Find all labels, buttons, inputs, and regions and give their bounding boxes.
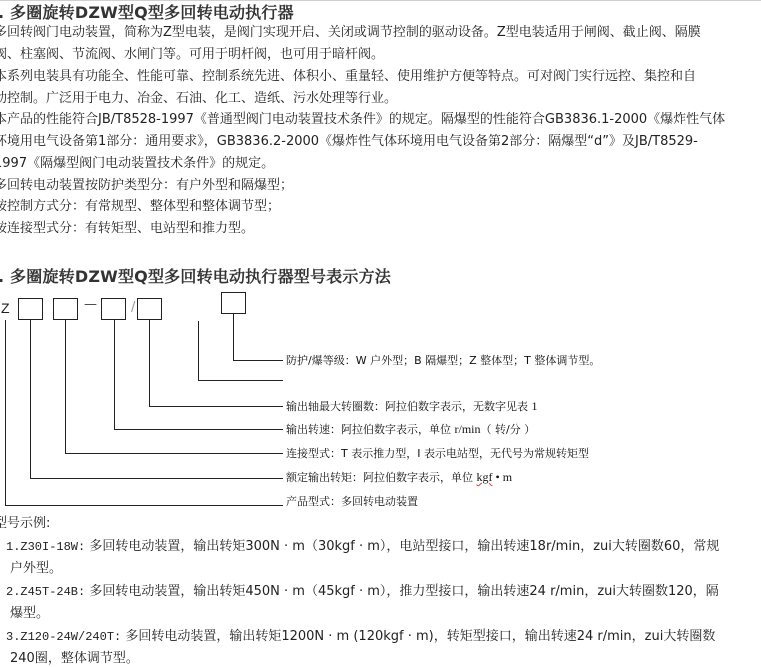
connector-line <box>233 314 234 360</box>
example-2-line-2: 爆型。 <box>10 602 49 621</box>
speed-box <box>101 298 126 320</box>
dash-separator: — <box>84 297 97 312</box>
connector-line <box>30 320 31 479</box>
example-description: 多回转电动装置，输出转矩450N · m（45kgf · m），推力型接口，输出… <box>85 584 719 599</box>
connector-line <box>233 360 283 361</box>
example-1-line-1: 1.Z30I-18W: 多回转电动装置，输出转矩300N · m（30kgf ·… <box>6 535 719 554</box>
max-turns-text: 输出轴最大转圈数：阿拉伯数字表示，无数字见表 <box>286 400 532 413</box>
example-description: 多回转电动装置，输出转矩300N · m（30kgf · m），电站型接口，输出… <box>85 539 719 554</box>
max-turns-label: 输出轴最大转圈数：阿拉伯数字表示，无数字见表 1 <box>286 398 538 414</box>
example-code: 1.Z30I-18W: <box>6 540 85 554</box>
connector-line <box>5 505 283 506</box>
paragraph-line: 本产品的性能符合JB/T8528-1997《普通型阀门电动装置技术条件》的规定。… <box>0 112 725 128</box>
connector-line <box>65 320 66 454</box>
speed-unit: r/min <box>455 422 481 436</box>
torque-box <box>18 298 43 320</box>
paragraph-line: 按连接型式分：有转矩型、电站型和推力型。 <box>0 221 254 237</box>
example-1-line-2: 户外型。 <box>10 557 62 576</box>
product-label: 产品型式：多回转电动装置 <box>286 493 418 509</box>
paragraph-line: 按控制方式分：有常规型、整体型和整体调节型； <box>0 199 280 215</box>
protection-label: 防护/爆等级：W 户外型；B 隔爆型；Z 整体型；T 整体调节型。 <box>286 352 600 368</box>
torque-label: 额定输出转矩：阿拉伯数字表示，单位 kgf • m <box>286 469 512 485</box>
torque-text: 额定输出转矩：阿拉伯数字表示，单位 <box>286 471 477 484</box>
example-2-line-1: 2.Z45T-24B: 多回转电动装置，输出转矩450N · m（45kgf ·… <box>6 580 719 599</box>
example-3-line-1: 3.Z120-24W/240T: 多回转电动装置，输出转矩1200N · m (… <box>6 625 715 644</box>
connector-line <box>5 320 6 506</box>
prefix-letter: Z <box>1 300 10 316</box>
torque-unit: kgf <box>477 470 493 484</box>
connector-line <box>114 429 283 430</box>
connector-line <box>149 406 283 407</box>
example-3-line-2: 240圈，整体调节型。 <box>10 647 139 666</box>
connection-box <box>53 298 78 320</box>
speed-unit-cn: （ 转/分 ） <box>481 423 536 436</box>
example-code: 2.Z45T-24B: <box>6 585 85 599</box>
max-turns-box <box>137 298 162 320</box>
example-description: 多回转电动装置，输出转矩1200N · m (120kgf · m)，转矩型接口… <box>121 629 715 644</box>
connector-line <box>65 453 283 454</box>
connector-line <box>114 320 115 430</box>
paragraph-line: 阀、柱塞阀、节流阀、水闸门等。可用于明杆阀，也可用于暗杆阀。 <box>0 47 384 63</box>
paragraph-line: 动控制。广泛用于电力、冶金、石油、化工、造纸、污水处理等行业。 <box>0 91 397 107</box>
torque-unit-suffix: • m <box>493 470 513 484</box>
speed-label: 输出转速：阿拉伯数字表示，单位 r/min（ 转/分 ） <box>286 421 535 437</box>
connector-line <box>198 380 283 381</box>
examples-heading: 型号示例: <box>0 512 50 531</box>
connector-line <box>30 478 283 479</box>
protection-box <box>221 292 246 314</box>
connector-line <box>149 320 150 407</box>
example-code: 3.Z120-24W/240T: <box>6 630 121 644</box>
paragraph-line: 多回转电动装置按防护类型分：有户外型和隔爆型； <box>0 178 293 194</box>
model-code-diagram: Z — / 防护/爆等级：W 户外型；B 隔爆型；Z 整体型；T 整体调节型。 … <box>0 285 761 515</box>
connector-line <box>198 321 199 381</box>
connection-label: 连接型式：T 表示推力型，I 表示电站型，无代号为常规转矩型 <box>286 445 589 461</box>
section-1-title: . 多圈旋转DZW型Q型多回转电动执行器 <box>0 0 294 23</box>
paragraph-line: 环境用电气设备第1部分：通用要求》，GB3836.2-2000《爆炸性气体环境用… <box>0 134 698 150</box>
max-turns-number: 1 <box>532 399 538 413</box>
paragraph-line: 多回转阀门电动装置，简称为Z型电装，是阀门实现开启、关闭或调节控制的驱动设备。Z… <box>0 25 701 41</box>
speed-text: 输出转速：阿拉伯数字表示，单位 <box>286 423 455 436</box>
section-2-title: . 多圈旋转DZW型Q型多回转电动执行器型号表示方法 <box>0 264 391 287</box>
paragraph-line: 1997《隔爆型阀门电动装置技术条件》的规定。 <box>0 156 274 172</box>
slash-separator: / <box>131 300 135 315</box>
paragraph-line: 本系列电装具有功能全、性能可靠、控制系统先进、体积小、重量轻、使用维护方便等特点… <box>0 69 696 85</box>
